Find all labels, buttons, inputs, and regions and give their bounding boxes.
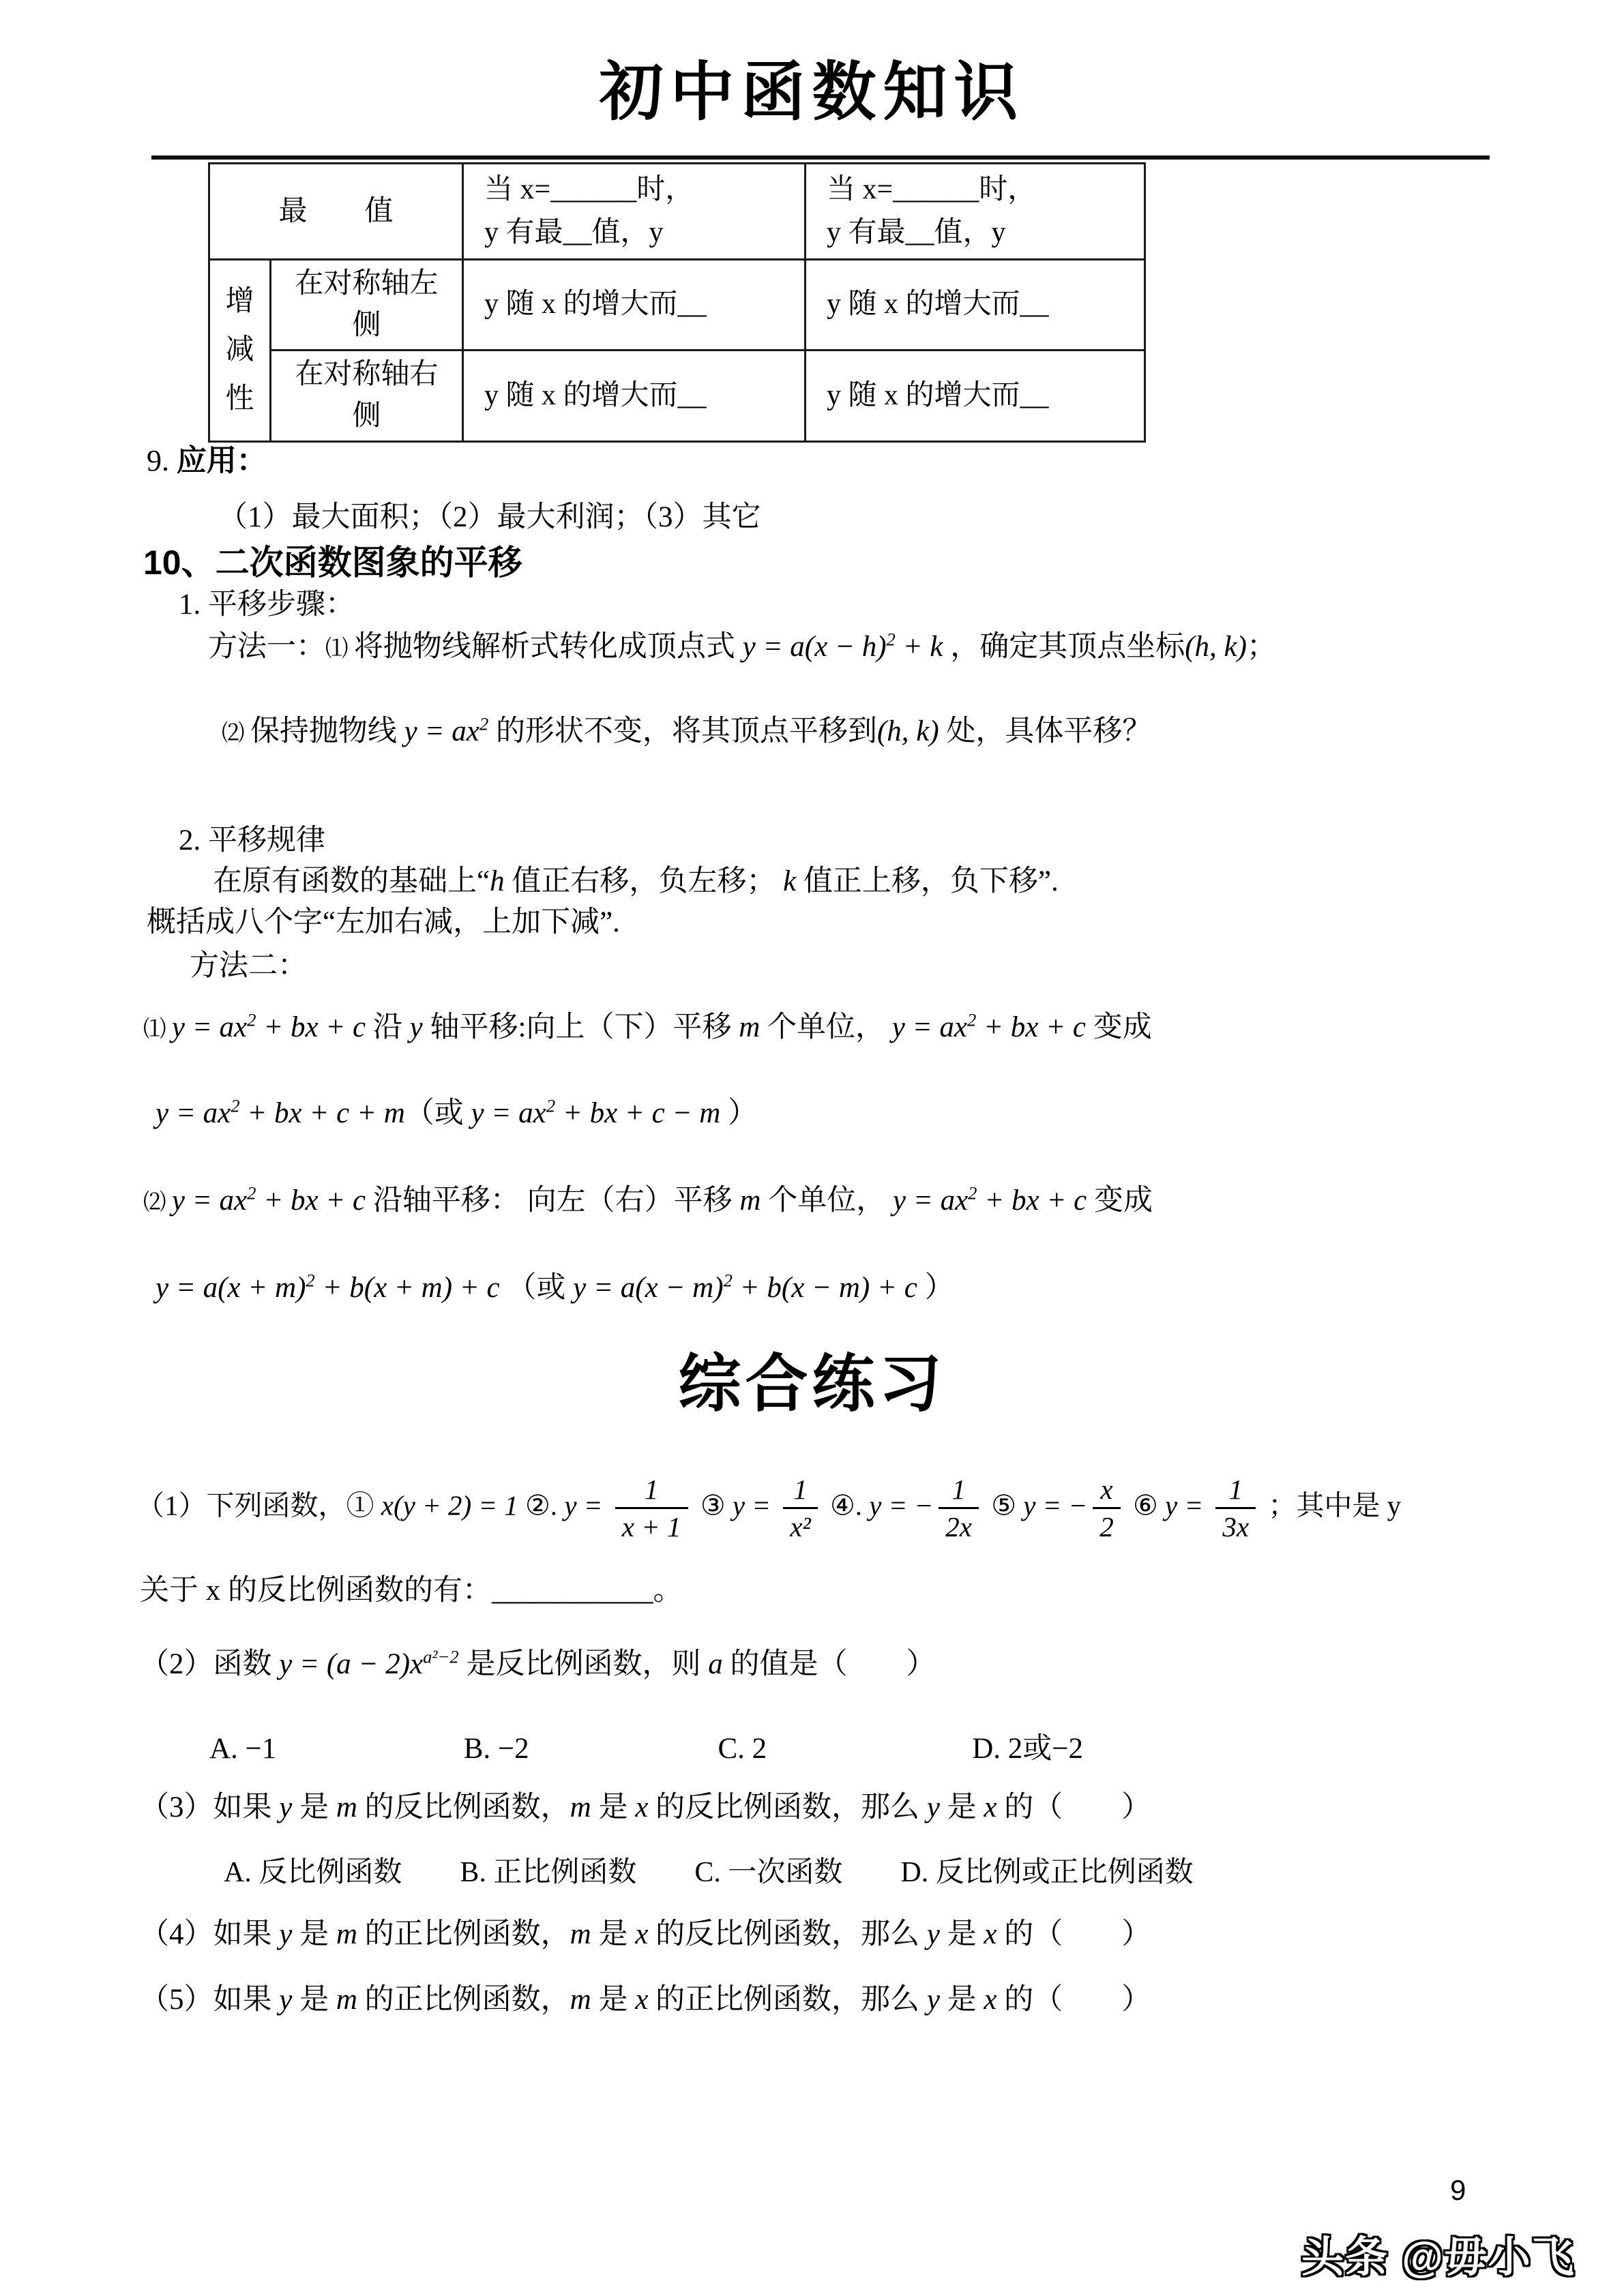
question2-stem: （2）函数 y = (a − 2)xa²−2 是反比例函数，则 a 的值是（ ） [140,1645,935,1684]
question5-stem: （5）如果 y 是 m 的正比例函数，m 是 x 的正比例函数，那么 y 是 x… [140,1980,1151,2020]
blank-line: y 有最__值，y [827,211,1137,254]
max-value-cell-2: 当 x=______时， y 有最__值，y [806,164,1145,260]
method2-case2-line: ⑵ y = ax2 + bx + c 沿轴平移： 向左（右）平移 m 个单位， … [143,1181,1153,1221]
section9-number: 9. [147,444,169,477]
question1-line1: （1）下列函数，① x(y + 2) = 1 ②. y = 1x + 1 ③ y… [136,1473,1401,1544]
worksheet-page: 初中函数知识 最 值 当 x=______时， y 有最__值，y 当 x=__… [0,0,1624,2296]
question3-options: A. 反比例函数 B. 正比例函数 C. 一次函数 D. 反比例或正比例函数 [224,1853,1194,1892]
question1-line2: 关于 x 的反比例函数的有：___________。 [140,1571,683,1611]
exercises-heading: 综合练习 [0,1334,1624,1424]
page-title: 初中函数知识 [0,59,1624,126]
method1-step1-line: 方法一：⑴ 将抛物线解析式转化成顶点式 y = a(x − h)2 + k ，确… [208,627,1276,667]
left-row-cell-2: y 随 x 的增大而__ [806,260,1145,351]
translation-rule-line1: 在原有函数的基础上“h 值正右移，负左移； k 值正上移，负下移”. [213,862,1059,901]
method2-case1-result: y = ax2 + bx + c + m（或 y = ax2 + bx + c … [156,1094,757,1133]
left-of-axis-label-cell: 在对称轴左侧 [271,260,463,351]
monotonicity-label-cell: 增减性 [209,260,271,442]
step2-heading: 2. 平移规律 [179,821,325,861]
section10-title: 二次函数图象的平移 [216,543,522,582]
title-underline [151,155,1490,160]
method2-case2-result: y = a(x + m)2 + b(x + m) + c （或 y = a(x … [156,1268,954,1308]
table-row: 最 值 当 x=______时， y 有最__值，y 当 x=______时， … [209,164,1145,260]
option-c: C. 一次函数 [694,1853,842,1892]
right-of-axis-label-cell: 在对称轴右侧 [271,350,463,441]
table-row: 增减性 在对称轴左侧 y 随 x 的增大而__ y 随 x 的增大而__ [209,260,1145,351]
option-b: B. −2 [464,1729,711,1769]
left-row-cell-1: y 随 x 的增大而__ [463,260,806,351]
question3-stem: （3）如果 y 是 m 的反比例函数，m 是 x 的反比例函数，那么 y 是 x… [140,1788,1151,1828]
question4-stem: （4）如果 y 是 m 的正比例函数，m 是 x 的反比例函数，那么 y 是 x… [140,1915,1151,1954]
vertical-label: 增减性 [224,278,256,423]
option-d: D. 2或−2 [972,1729,1219,1769]
option-a: A. −1 [209,1729,456,1769]
method2-case1-line: ⑴ y = ax2 + bx + c 沿 y 轴平移:向上（下）平移 m 个单位… [143,1008,1152,1047]
option-b: B. 正比例函数 [460,1853,636,1892]
section9-item: （1）最大面积；（2）最大利润；（3）其它 [218,498,761,537]
option-d: D. 反比例或正比例函数 [900,1853,1193,1892]
blank-line: y 有最__值，y [484,211,797,254]
max-value-label-cell: 最 值 [209,164,463,260]
table-row: 在对称轴右侧 y 随 x 的增大而__ y 随 x 的增大而__ [209,350,1145,441]
max-value-cell-1: 当 x=______时， y 有最__值，y [463,164,806,260]
page-number: 9 [1450,2174,1466,2207]
quadratic-properties-table: 最 值 当 x=______时， y 有最__值，y 当 x=______时， … [208,162,1146,443]
translation-rule-line2: 概括成八个字“左加右减，上加下减”. [147,903,620,942]
method1-step2-line: ⑵ 保持抛物线 y = ax2 的形状不变，将其顶点平移到(h, k) 处，具体… [222,712,1151,751]
blank-line: 当 x=______时， [827,168,1137,211]
section10-number: 10、 [143,543,216,582]
section9-title: 应用： [177,444,267,477]
section9-heading: 9. 应用： [147,441,267,481]
section10-heading: 10、二次函数图象的平移 [143,540,522,586]
question2-options: A. −1 B. −2 C. 2 D. 2或−2 [209,1729,1219,1769]
option-c: C. 2 [718,1729,965,1769]
blank-line: 当 x=______时， [484,168,797,211]
method2-label: 方法二： [190,946,307,986]
right-row-cell-2: y 随 x 的增大而__ [806,350,1145,441]
option-a: A. 反比例函数 [224,1853,402,1892]
right-row-cell-1: y 随 x 的增大而__ [463,350,806,441]
step1-heading: 1. 平移步骤： [179,585,355,625]
watermark: 头条 @毋小飞 [1301,2223,1576,2284]
